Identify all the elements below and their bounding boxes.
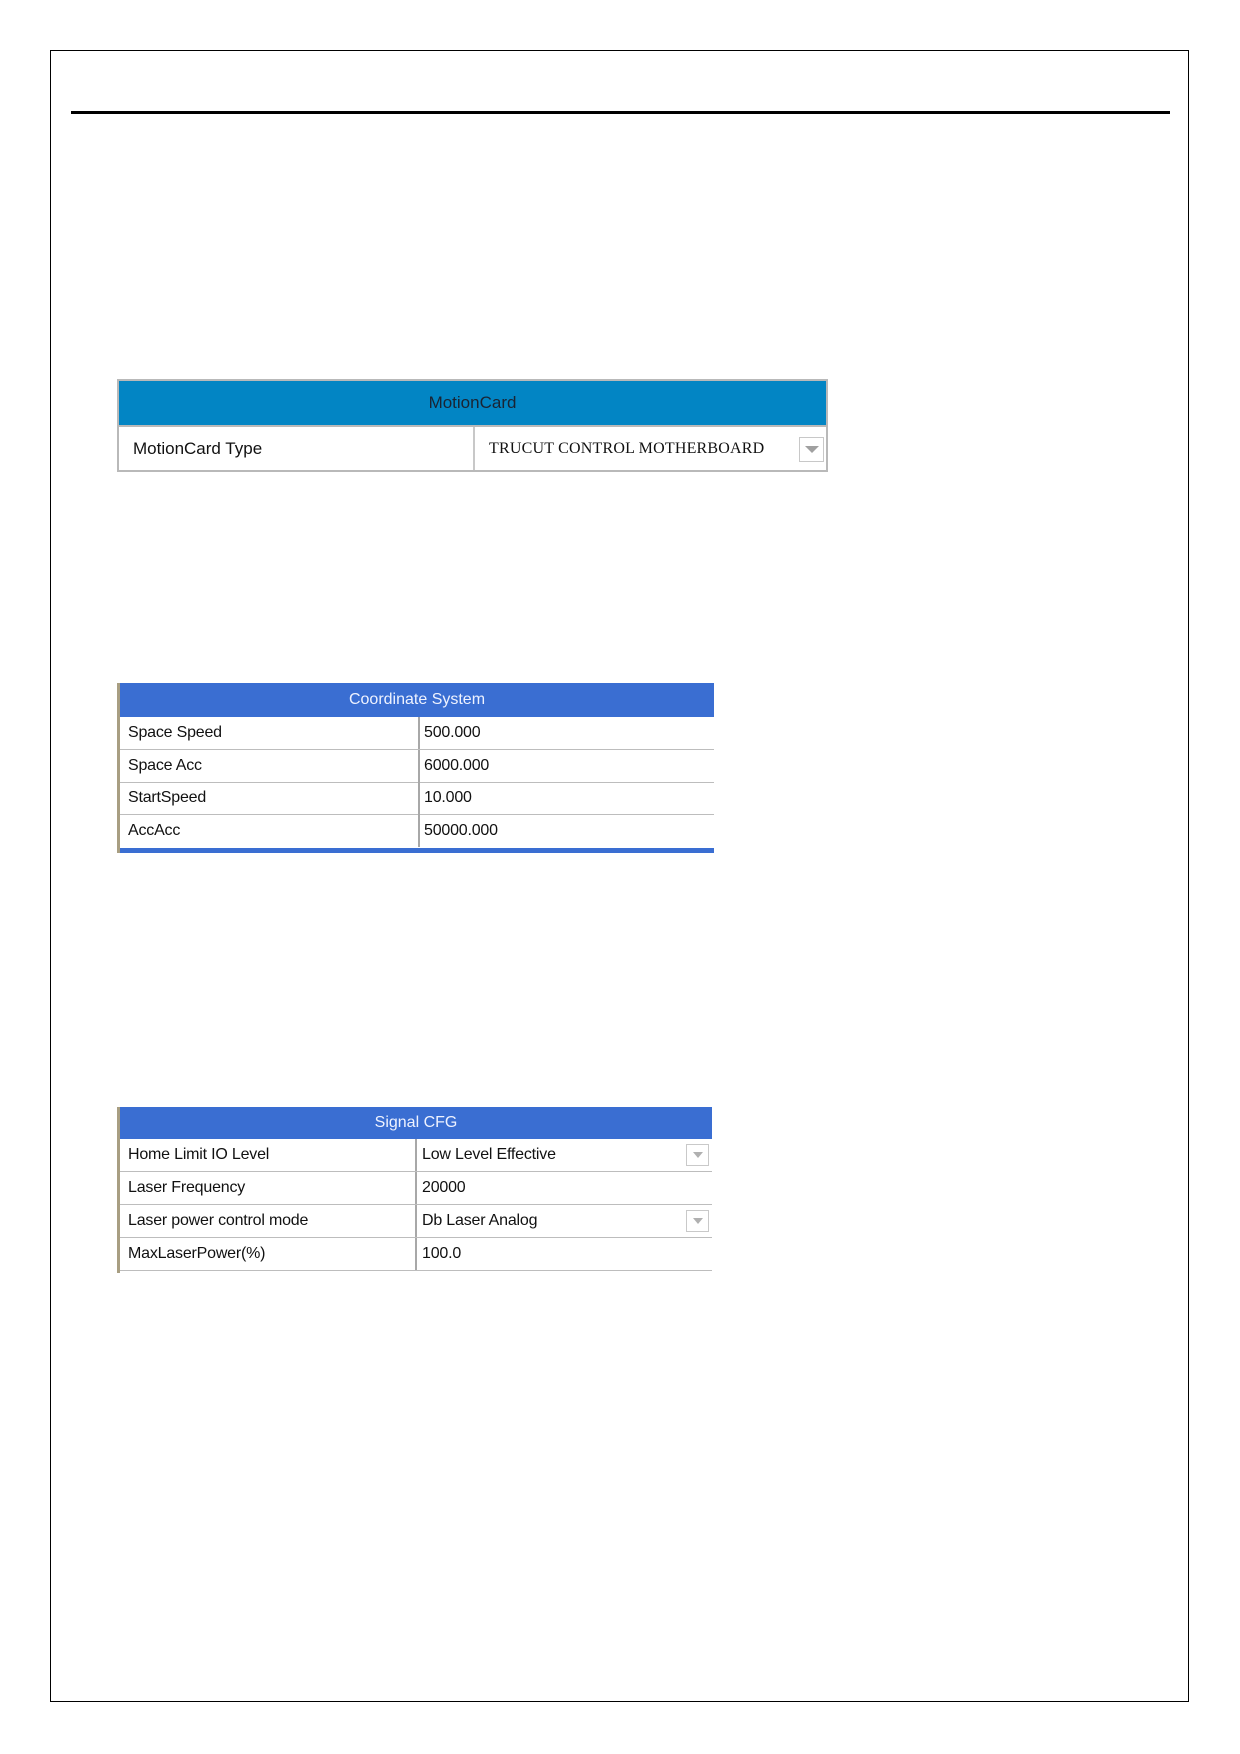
column-divider (418, 750, 420, 782)
home-limit-io-level-select[interactable]: Low Level Effective (422, 1139, 556, 1171)
laser-frequency-label: Laser Frequency (128, 1172, 245, 1204)
table-row: Laser Frequency 20000 (120, 1172, 712, 1205)
page-frame (50, 50, 1189, 1702)
table-row: MaxLaserPower(%) 100.0 (120, 1238, 712, 1271)
motioncard-table: MotionCard MotionCard Type TRUCUT CONTRO… (117, 379, 828, 472)
table-row: StartSpeed 10.000 (120, 782, 714, 815)
motioncard-type-dropdown-button[interactable] (799, 437, 824, 462)
column-divider (415, 1139, 417, 1171)
space-acc-label: Space Acc (128, 750, 202, 782)
column-divider (415, 1205, 417, 1237)
motioncard-type-label: MotionCard Type (133, 427, 262, 470)
laser-power-control-mode-select[interactable]: Db Laser Analog (422, 1205, 537, 1237)
accacc-label: AccAcc (128, 814, 180, 847)
table-row: Space Acc 6000.000 (120, 750, 714, 783)
accacc-field[interactable]: 50000.000 (424, 814, 498, 847)
start-speed-field[interactable]: 10.000 (424, 782, 472, 814)
chevron-down-icon (693, 1218, 703, 1224)
table-row: Home Limit IO Level Low Level Effective (120, 1139, 712, 1172)
motioncard-type-select[interactable]: TRUCUT CONTROL MOTHERBOARD (489, 427, 764, 470)
chevron-down-icon (805, 446, 819, 453)
column-divider (415, 1238, 417, 1270)
column-divider (415, 1172, 417, 1204)
column-divider (418, 717, 420, 749)
max-laser-power-label: MaxLaserPower(%) (128, 1238, 265, 1270)
laser-frequency-field[interactable]: 20000 (422, 1172, 466, 1204)
home-limit-io-level-label: Home Limit IO Level (128, 1139, 269, 1171)
signal-cfg-table: Signal CFG Home Limit IO Level Low Level… (117, 1107, 712, 1273)
column-divider (418, 814, 420, 847)
space-acc-field[interactable]: 6000.000 (424, 750, 489, 782)
table-row: MotionCard Type TRUCUT CONTROL MOTHERBOA… (119, 427, 826, 470)
table-row: Laser power control mode Db Laser Analog (120, 1205, 712, 1238)
header-rule (71, 111, 1170, 114)
start-speed-label: StartSpeed (128, 782, 206, 814)
space-speed-label: Space Speed (128, 717, 222, 749)
space-speed-field[interactable]: 500.000 (424, 717, 480, 749)
table-footer-bar (120, 848, 714, 853)
column-divider (473, 427, 475, 470)
signal-cfg-header: Signal CFG (120, 1107, 712, 1139)
column-divider (418, 782, 420, 814)
table-row: AccAcc 50000.000 (120, 814, 714, 847)
chevron-down-icon (693, 1152, 703, 1158)
coordinate-system-header: Coordinate System (120, 683, 714, 717)
laser-power-control-mode-dropdown-button[interactable] (686, 1210, 709, 1232)
coordinate-system-table: Coordinate System Space Speed 500.000 Sp… (117, 683, 714, 853)
table-row: Space Speed 500.000 (120, 717, 714, 750)
laser-power-control-mode-label: Laser power control mode (128, 1205, 308, 1237)
home-limit-io-level-dropdown-button[interactable] (686, 1144, 709, 1166)
motioncard-header: MotionCard (119, 381, 826, 427)
max-laser-power-field[interactable]: 100.0 (422, 1238, 461, 1270)
